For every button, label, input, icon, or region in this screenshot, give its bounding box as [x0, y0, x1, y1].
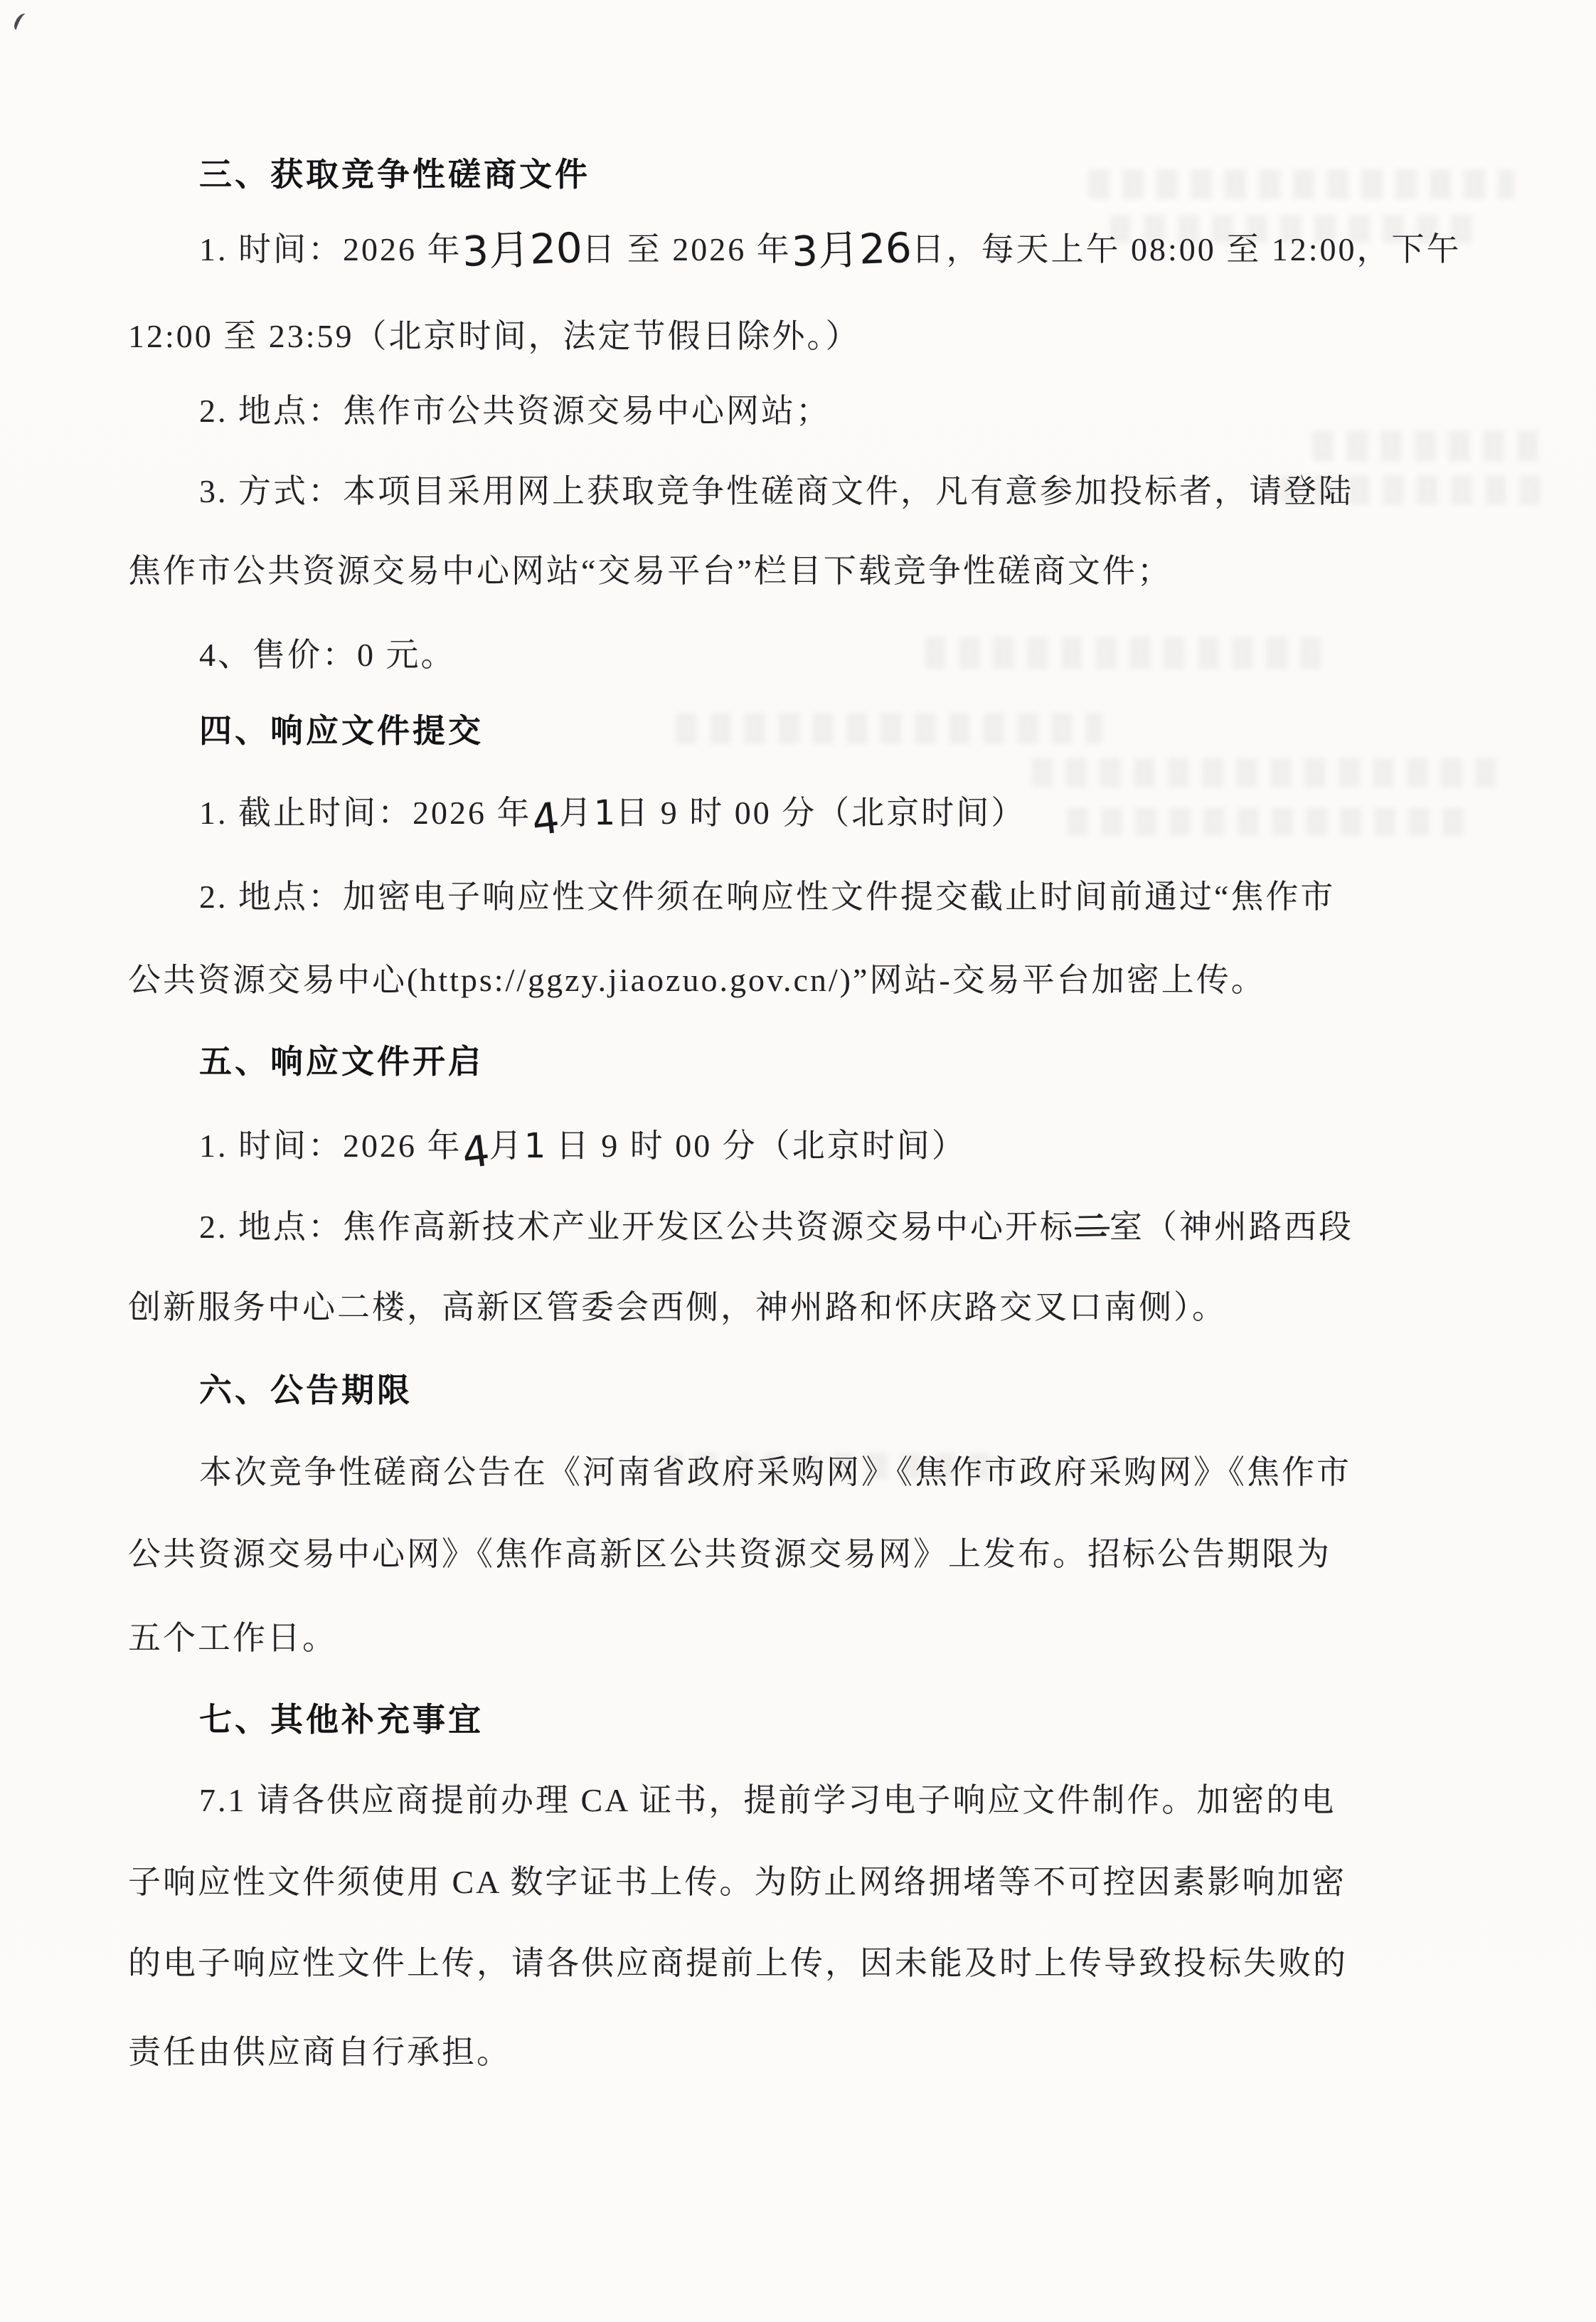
line-submission-location: 2. 地点：加密电子响应性文件须在响应性文件提交截止时间前通过“焦作市 — [128, 874, 1596, 921]
line-opening-location-cont: 创新服务中心二楼，高新区管委会西侧，神州路和怀庆路交叉口南侧）。 — [128, 1284, 1536, 1331]
scanned-document-page: { "doc": { "lines": [ { "text": "三、获取竞争性… — [0, 0, 1596, 2322]
printed-text: 日 9 时 00 分（北京时间） — [546, 1128, 967, 1164]
heading-response-submission: 四、响应文件提交 — [128, 708, 1596, 755]
heading-other-matters: 七、其他补充事宜 — [128, 1697, 1596, 1744]
line-announcement-1: 本次竞争性磋商公告在《河南省政府采购网》《焦作市政府采购网》《焦作市 — [128, 1449, 1596, 1496]
line-opening-location: 2. 地点：焦作高新技术产业开发区公共资源交易中心开标二室（神州路西段 — [128, 1204, 1596, 1251]
heading-response-opening: 五、响应文件开启 — [128, 1039, 1596, 1086]
printed-text: 1. 截止时间：2026 年 — [199, 795, 532, 831]
line-opening-time: 1. 时间：2026 年4月1 日 9 时 00 分（北京时间） — [128, 1123, 1596, 1170]
line-obtain-location: 2. 地点：焦作市公共资源交易中心网站； — [128, 388, 1596, 435]
handwritten-month-day: 3月26 — [792, 248, 912, 252]
printed-text: 日 9 时 00 分（北京时间） — [615, 795, 1026, 831]
printed-text: 室（神州路西段 — [1110, 1209, 1353, 1245]
line-obtain-price: 4、售价：0 元。 — [128, 632, 1596, 679]
line-other-4: 责任由供应商自行承担。 — [128, 2029, 1536, 2076]
printed-text: 1. 时间：2026 年 — [199, 1128, 462, 1164]
printed-text: 日 至 2026 年 — [582, 231, 792, 267]
line-announcement-2: 公共资源交易中心网》《焦作高新区公共资源交易网》上发布。招标公告期限为 — [128, 1531, 1536, 1578]
line-obtain-time: 1. 时间：2026 年3月20日 至 2026 年3月26日，每天上午 08:… — [128, 226, 1596, 273]
line-obtain-method: 3. 方式：本项目采用网上获取竞争性磋商文件，凡有意参加投标者，请登陆 — [128, 468, 1596, 515]
printed-text: 月 — [489, 1128, 524, 1164]
line-submission-location-cont: 公共资源交易中心(https://ggzy.jiaozuo.gov.cn/)”网… — [128, 957, 1536, 1004]
line-other-1: 7.1 请各供应商提前办理 CA 证书，提前学习电子响应文件制作。加密的电 — [128, 1777, 1596, 1824]
line-other-2: 子响应性文件须使用 CA 数字证书上传。为防止网络拥堵等不可控因素影响加密 — [128, 1859, 1536, 1906]
line-announcement-3: 五个工作日。 — [128, 1615, 1536, 1662]
printed-text: 2. 地点：焦作高新技术产业开发区公共资源交易中心开标 — [199, 1209, 1075, 1245]
line-obtain-method-cont: 焦作市公共资源交易中心网站“交易平台”栏目下载竞争性磋商文件； — [128, 548, 1536, 595]
line-other-3: 的电子响应性文件上传，请各供应商提前上传，因未能及时上传导致投标失败的 — [128, 1940, 1536, 1987]
printed-text: 日，每天上午 08:00 至 12:00，下午 — [911, 231, 1461, 267]
printed-text: 1. 时间：2026 年 — [199, 231, 462, 267]
handwritten-month: 4 — [462, 1151, 489, 1155]
line-submission-deadline: 1. 截止时间：2026 年4月1日 9 时 00 分（北京时间） — [128, 790, 1596, 837]
handwritten-month: 4 — [532, 818, 559, 822]
handwritten-month-day: 3月20 — [462, 248, 582, 252]
announcement-body: 三、获取竞争性磋商文件 1. 时间：2026 年3月20日 至 2026 年3月… — [0, 0, 1596, 2322]
heading-obtain-documents: 三、获取竞争性磋商文件 — [128, 152, 1596, 198]
heading-announcement-period: 六、公告期限 — [128, 1367, 1596, 1414]
printed-text: 月 — [559, 795, 594, 831]
handwritten-correction: 二 — [1074, 1204, 1110, 1251]
line-obtain-time-cont: 12:00 至 23:59（北京时间，法定节假日除外。） — [128, 313, 1536, 360]
